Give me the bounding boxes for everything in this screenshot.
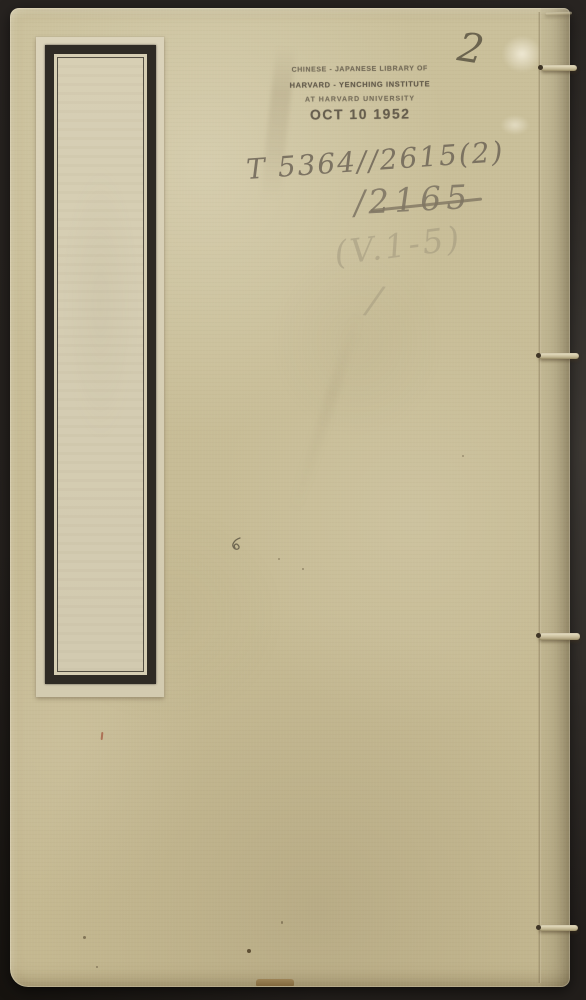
stamp-line-2: HARVARD - YENCHING INSTITUTE	[268, 79, 452, 90]
stitch-thread	[539, 633, 580, 640]
stamp-line-3: AT HARVARD UNIVERSITY	[268, 95, 452, 104]
speck	[96, 966, 98, 968]
stitch-hole	[538, 65, 543, 70]
red-fiber-speck	[101, 732, 104, 740]
speck	[83, 936, 86, 939]
call-number-crossed: /2165	[353, 177, 473, 222]
stitch-hole	[536, 925, 541, 930]
title-label	[36, 37, 164, 697]
volume-numeral: 2	[455, 24, 487, 73]
photo-backdrop: CHINESE - JAPANESE LIBRARY OF HARVARD - …	[0, 0, 586, 1000]
speck	[278, 558, 280, 560]
stitch-hole	[536, 353, 541, 358]
book-cover: CHINESE - JAPANESE LIBRARY OF HARVARD - …	[10, 8, 570, 987]
volume-range-note: (V.1-5)	[332, 218, 464, 272]
edge-chip	[256, 979, 294, 986]
stitch-thread	[539, 925, 578, 931]
title-label-frame	[45, 45, 156, 684]
stamp-date: OCT 10 1952	[268, 105, 452, 123]
library-stamp: CHINESE - JAPANESE LIBRARY OF HARVARD - …	[268, 65, 453, 123]
binding-margin	[541, 8, 570, 987]
binding-crease-line	[538, 12, 541, 983]
stamp-line-1: CHINESE - JAPANESE LIBRARY OF	[268, 65, 452, 74]
stitch-thread	[539, 353, 579, 359]
speck	[302, 568, 304, 570]
call-number-crossed-prefix: /	[353, 183, 366, 223]
ink-squiggle-mark	[229, 536, 245, 556]
stitch-hole	[536, 633, 541, 638]
pencil-slash-mark: /	[365, 277, 384, 322]
speck	[462, 455, 464, 457]
speck	[281, 921, 283, 924]
speck	[247, 949, 251, 953]
title-label-inner	[57, 57, 144, 672]
stitch-thread	[541, 65, 577, 71]
smudge-mark	[288, 311, 364, 514]
